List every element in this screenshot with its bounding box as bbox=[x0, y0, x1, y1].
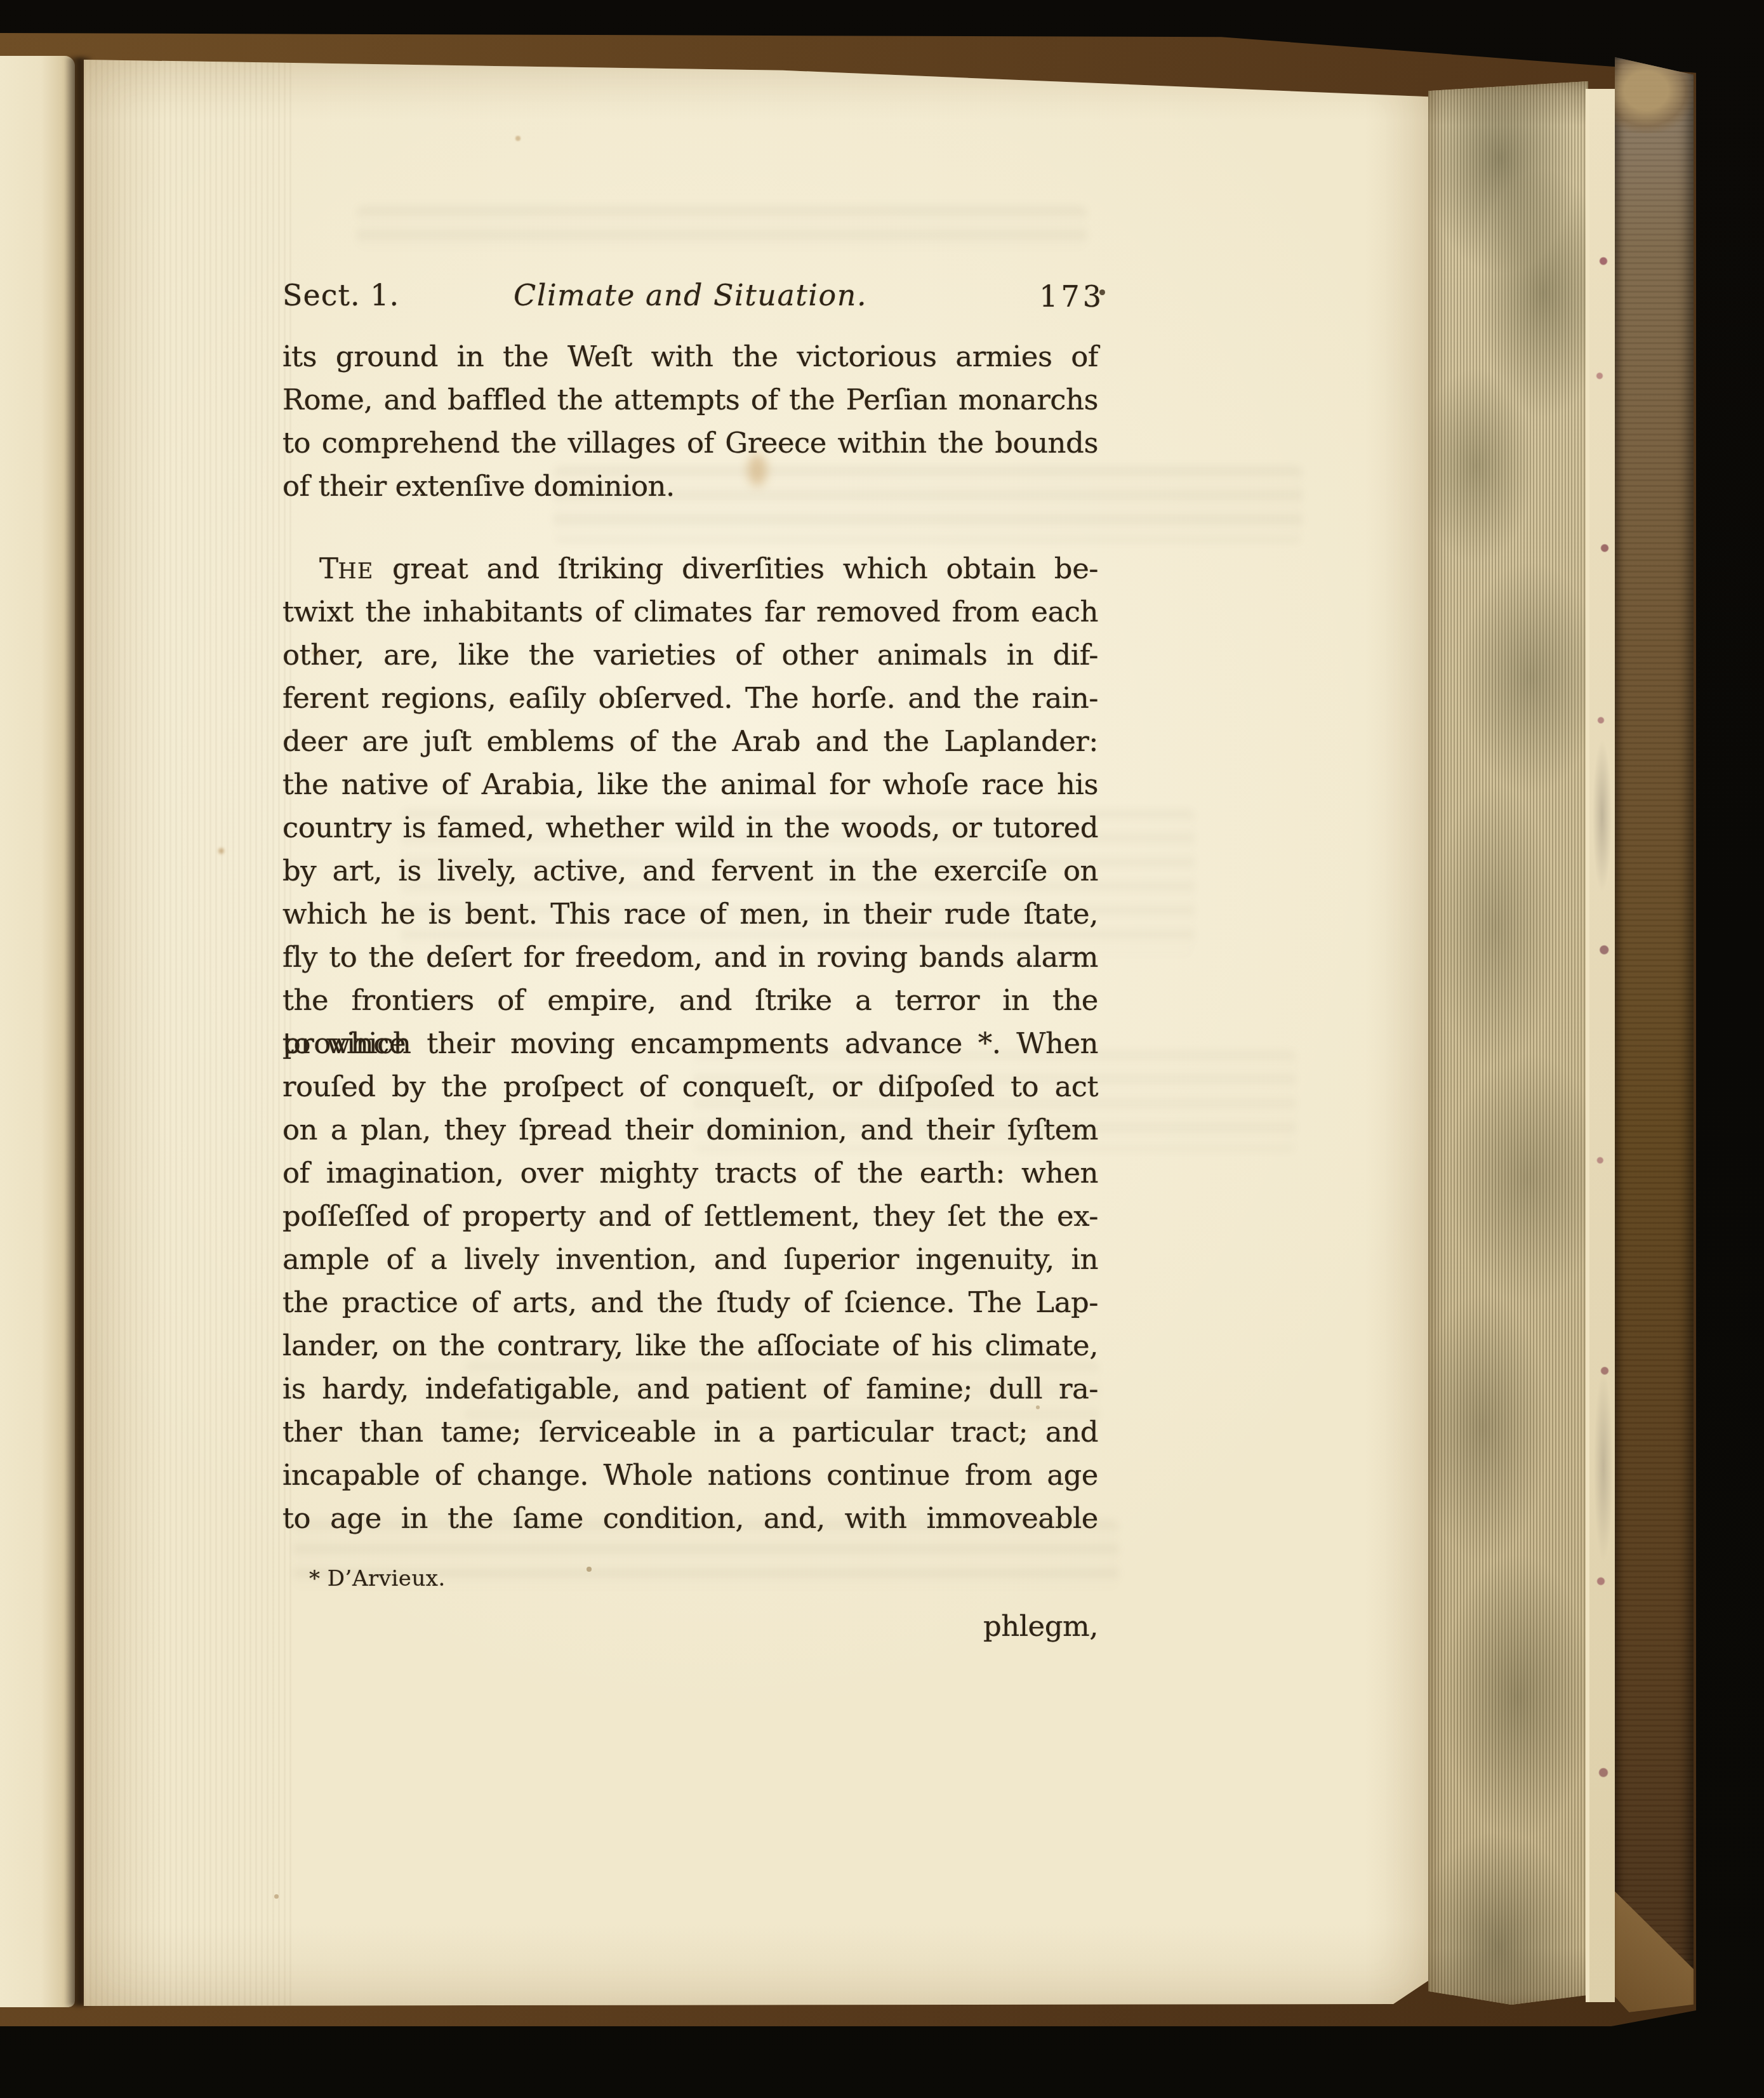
text-line: twixt the inhabitants of climates far re… bbox=[282, 590, 1098, 634]
lead-small-caps: HE bbox=[338, 559, 374, 583]
text-line: ample of a lively invention, and ſuperio… bbox=[282, 1238, 1098, 1281]
book-page: Sect. 1. Climate and Situation. 173 its … bbox=[84, 60, 1428, 2006]
facing-page-edge bbox=[0, 56, 75, 2007]
text-line: on a plan, they ſpread their dominion, a… bbox=[282, 1108, 1098, 1152]
page-header: Sect. 1. Climate and Situation. 173 bbox=[282, 278, 1098, 322]
text-line: fly to the deſert for freedom, and in ro… bbox=[282, 936, 1098, 979]
catchword: phlegm, bbox=[282, 1609, 1098, 1643]
paragraph-1: its ground in the Weſt with the victorio… bbox=[282, 335, 1098, 508]
text-line: to age in the ſame condition, and, with … bbox=[282, 1497, 1098, 1540]
text-line: Rome, and baffled the attempts of the Pe… bbox=[282, 378, 1098, 422]
text-line: ferent regions, eaſily obſerved. The hor… bbox=[282, 677, 1098, 720]
text-line: its ground in the Weſt with the victorio… bbox=[282, 335, 1098, 378]
text-line: of imagination, over mighty tracts of th… bbox=[282, 1152, 1098, 1195]
text-line: deer are juſt emblems of the Arab and th… bbox=[282, 720, 1098, 763]
text-line: ther than tame; ſerviceable in a particu… bbox=[282, 1411, 1098, 1454]
text-line: is hardy, indefatigable, and patient of … bbox=[282, 1367, 1098, 1411]
text-line: the frontiers of empire, and ſtrike a te… bbox=[282, 979, 1098, 1022]
text-line: lander, on the contrary, like the aſſoci… bbox=[282, 1324, 1098, 1367]
paragraph-2: THE great and ſtriking diverſities which… bbox=[282, 547, 1098, 1540]
text-line: which he is bent. This race of men, in t… bbox=[282, 893, 1098, 936]
footnote: * D’Arvieux. bbox=[309, 1566, 446, 1591]
text-line: THE great and ſtriking diverſities which… bbox=[282, 547, 1098, 590]
text-line: by art, is lively, active, and fervent i… bbox=[282, 849, 1098, 893]
foxing-spot bbox=[515, 136, 521, 141]
text-line: to comprehend the villages of Greece wit… bbox=[282, 422, 1098, 465]
laid-paper-texture bbox=[84, 60, 293, 2006]
marbled-endpaper-edge bbox=[1586, 89, 1615, 2002]
foxing-spot bbox=[274, 1894, 279, 1899]
text-line: the native of Arabia, like the animal fo… bbox=[282, 763, 1098, 806]
text-line: country is famed, whether wild in the wo… bbox=[282, 806, 1098, 849]
text-line: the practice of arts, and the ſtudy of ſ… bbox=[282, 1281, 1098, 1324]
lead-capital: T bbox=[319, 552, 338, 585]
cover-leather-edge bbox=[1615, 57, 1694, 2012]
text-line: other, are, like the varieties of other … bbox=[282, 634, 1098, 677]
foxing-spot bbox=[218, 848, 224, 854]
text-line: rouſed by the proſpect of conqueſt, or d… bbox=[282, 1065, 1098, 1108]
page-number: 173 bbox=[1039, 279, 1104, 314]
cover-corner-fold bbox=[1615, 1796, 1694, 2012]
text-line: poſſeſſed of property and of ſettlement,… bbox=[282, 1195, 1098, 1238]
book-photo: Sect. 1. Climate and Situation. 173 its … bbox=[0, 0, 1764, 2098]
book-fore-edge bbox=[1428, 81, 1588, 2005]
foxing-spot bbox=[587, 1567, 592, 1572]
text-line: to which their moving encampments advanc… bbox=[282, 1022, 1098, 1065]
running-title: Climate and Situation. bbox=[282, 278, 1098, 312]
text-line-rest: great and ſtriking diverſities which obt… bbox=[374, 552, 1098, 585]
text-line: incapable of change. Whole nations conti… bbox=[282, 1454, 1098, 1497]
bleedthrough-smudge bbox=[357, 206, 1087, 250]
cover-worn-notch bbox=[1611, 60, 1695, 133]
text-line: of their extenſive dominion. bbox=[282, 465, 1098, 508]
paragraph-2-lines: twixt the inhabitants of climates far re… bbox=[282, 590, 1098, 1540]
